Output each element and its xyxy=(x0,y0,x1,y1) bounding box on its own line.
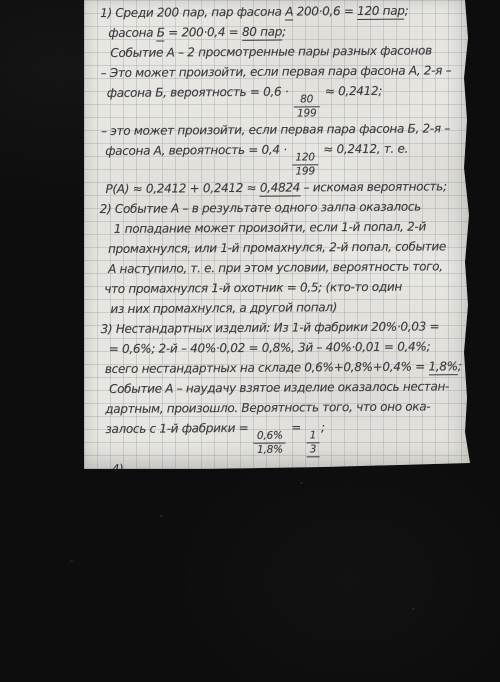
handwritten-text: 1 попадание может произойти, если 1-й по… xyxy=(114,219,426,235)
fraction-numerator: 0,6% xyxy=(254,431,286,443)
handwritten-line: Событие А – наудачу взятое изделие оказа… xyxy=(109,376,473,399)
handwritten-text: = xyxy=(288,420,305,434)
handwritten-text: 4) xyxy=(112,462,124,476)
handwritten-text: Р(А) ≈ 0,2412 + 0,2412 ≈ xyxy=(105,181,259,196)
handwritten-line: А наступило, т. е. при этом условии, вер… xyxy=(108,256,472,279)
handwritten-text: 0,4824 xyxy=(260,180,300,196)
handwritten-line: фасона Б, вероятность = 0,6 · 80199 ≈ 0,… xyxy=(107,80,471,121)
fraction-denominator: 199 xyxy=(292,164,318,177)
fraction-denominator: 199 xyxy=(294,106,320,119)
handwritten-text: А наступило, т. е. при этом условии, вер… xyxy=(108,259,443,276)
handwritten-text: фасона xyxy=(108,26,157,40)
handwritten-line: – Это может произойти, если первая пара … xyxy=(100,60,470,83)
handwritten-text: промахнулся, или 1-й промахнулся, 2-й по… xyxy=(108,239,446,256)
handwritten-text: 120 пар xyxy=(357,4,405,20)
handwritten-line: – это может произойти, если первая пара … xyxy=(101,118,471,141)
handwritten-text: – это может произойти, если первая пара … xyxy=(101,121,450,138)
handwritten-line: 1 попадание может произойти, если 1-й по… xyxy=(114,216,472,239)
handwritten-line: фасона Б = 200·0,4 = 80 пар; xyxy=(108,20,470,43)
handwritten-text: = 200·0,4 = xyxy=(165,25,242,40)
handwritten-text: 1,8% xyxy=(428,359,457,375)
handwritten-text: всего нестандартных на складе 0,6%+0,8%+… xyxy=(105,359,429,376)
fraction: 13 xyxy=(307,430,320,457)
handwritten-text: Событие А – наудачу взятое изделие оказа… xyxy=(109,379,449,396)
handwritten-text: из них промахнулся, а другой попал) xyxy=(110,300,337,316)
dust-speck xyxy=(70,560,73,562)
handwritten-text: 200·0,6 = xyxy=(293,4,357,19)
handwritten-text: что промахнулся 1-й охотник = 0,5; (кто-… xyxy=(104,280,402,296)
fraction: 80199 xyxy=(294,94,320,119)
handwritten-text: Событие А – 2 просмотренные пары разных … xyxy=(110,43,432,60)
handwriting-lines: 1) Среди 200 пар, пар фасона А 200·0,6 =… xyxy=(98,0,474,479)
fraction-denominator: 3 xyxy=(307,442,320,455)
fraction-numerator: 120 xyxy=(292,152,318,164)
handwritten-text: 1) Среди 200 пар, пар фасона xyxy=(100,5,285,20)
fraction: 0,6%1,8% xyxy=(254,431,286,456)
fraction-numerator: 1 xyxy=(307,430,320,442)
dust-speck xyxy=(412,608,415,610)
photo-background: 1) Среди 200 пар, пар фасона А 200·0,6 =… xyxy=(0,0,500,682)
handwritten-text: 2) Событие А – в результате одного залпа… xyxy=(100,200,421,217)
handwritten-line: дартным, произошло. Вероятность того, чт… xyxy=(105,396,473,419)
handwritten-text: залось с 1-й фабрики = xyxy=(105,421,252,436)
fraction: 120199 xyxy=(292,152,318,177)
handwritten-text: = 0,6%; 2-й – 40%·0,02 = 0,8%, 3й – 40%·… xyxy=(109,339,431,356)
handwritten-text: фасона Б, вероятность = 0,6 · xyxy=(107,84,292,99)
handwritten-text: ≈ 0,2412, т. е. xyxy=(320,142,408,157)
handwritten-text: ; xyxy=(321,420,325,434)
dust-speck xyxy=(160,515,163,517)
fraction-denominator: 1,8% xyxy=(254,443,286,456)
handwritten-text: – Это может произойти, если первая пара … xyxy=(100,63,451,80)
fraction-numerator: 80 xyxy=(297,94,316,106)
dust-speck xyxy=(300,482,303,484)
handwritten-text: – искомая вероятность; xyxy=(300,179,447,194)
handwritten-text: ; xyxy=(458,359,462,373)
handwritten-text: ; xyxy=(404,4,408,18)
handwritten-line: = 0,6%; 2-й – 40%·0,02 = 0,8%, 3й – 40%·… xyxy=(109,336,473,359)
handwritten-text: ; xyxy=(282,25,286,39)
handwritten-line: залось с 1-й фабрики = 0,6%1,8% = 13; xyxy=(105,416,473,459)
handwritten-line: 4) xyxy=(112,456,474,479)
notebook-page: 1) Среди 200 пар, пар фасона А 200·0,6 =… xyxy=(84,0,470,469)
handwritten-text: фасона А, вероятность = 0,4 · xyxy=(105,143,290,158)
handwritten-line: фасона А, вероятность = 0,4 · 120199 ≈ 0… xyxy=(105,138,471,179)
handwritten-text: 80 пар xyxy=(242,25,282,41)
handwritten-line: Событие А – 2 просмотренные пары разных … xyxy=(110,40,470,63)
handwritten-line: из них промахнулся, а другой попал) xyxy=(110,296,472,319)
handwritten-text: А xyxy=(285,4,293,20)
handwritten-text: дартным, произошло. Вероятность того, чт… xyxy=(105,399,430,416)
handwritten-text: ≈ 0,2412; xyxy=(321,84,382,98)
handwritten-text: 3) Нестандартных изделий: Из 1-й фабрики… xyxy=(101,319,440,336)
